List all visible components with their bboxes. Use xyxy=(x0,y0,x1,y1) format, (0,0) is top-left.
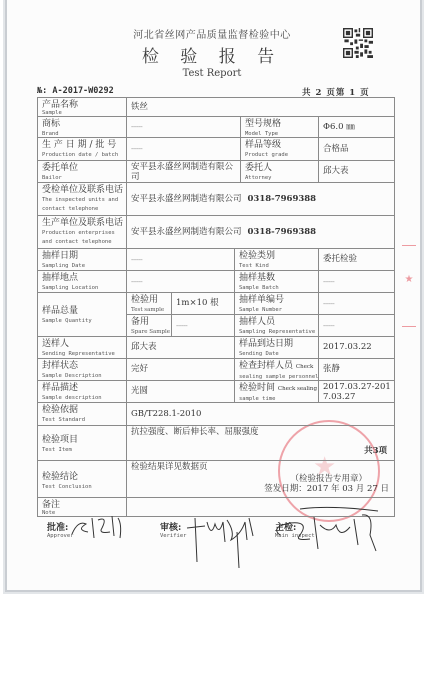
value-sample-description: 光圆 xyxy=(127,381,235,403)
label-attorney: 委托人 Attorney xyxy=(241,161,319,183)
production-enterprise-phone: 0318-7969388 xyxy=(248,227,317,238)
value-model-type: Φ6.0 ㎜ xyxy=(319,117,395,138)
value-test-kind: 委托检验 xyxy=(319,249,395,271)
label-sample: 产品名称 Sample xyxy=(38,98,127,117)
label-test-item: 检验项目 Test Item xyxy=(38,426,127,461)
issue-date: 签发日期：2017 年 03 月 27 日 xyxy=(264,484,389,495)
value-test-item: 抗拉强度、断后伸长率、屈服强度 共3项 xyxy=(127,426,395,461)
value-sending-rep: 邱大表 xyxy=(127,337,235,359)
label-seal-state: 封样状态 Sample Description xyxy=(38,359,127,381)
label-production-date: 生 产 日 期 / 批 号 Production date / batch xyxy=(38,138,127,161)
value-spare-sample: ------ xyxy=(172,315,235,337)
label-sample-number: 抽样单编号 Sample Number xyxy=(235,293,319,315)
label-brand: 商标 Brand xyxy=(38,117,127,138)
qr-code-icon xyxy=(343,28,373,58)
label-test-standard: 检验依据 Test Standard xyxy=(38,403,127,426)
value-sending-date: 2017.03.22 xyxy=(319,337,395,359)
label-sample-batch: 抽样基数 Sample Batch xyxy=(235,271,319,293)
edge-seal-fragment: ★ xyxy=(402,245,416,327)
label-sampling-location: 抽样地点 Sampling Location xyxy=(38,271,127,293)
label-product-grade: 样品等级 Product grade xyxy=(241,138,319,161)
value-seal-personnel: 张静 xyxy=(319,359,395,381)
value-sampling-date: ------ xyxy=(127,249,235,271)
value-brand: ------ xyxy=(127,117,241,138)
value-test-time: 2017.03.27-201 7.03.27 xyxy=(319,381,395,403)
value-test-conclusion: 检验结果详见数据页 （检验报告专用章） 签发日期：2017 年 03 月 27 … xyxy=(127,461,395,498)
verifier-signature xyxy=(185,512,260,572)
label-production-enterprise: 生产单位及联系电话 Production enterprises and con… xyxy=(38,216,127,249)
label-sampling-date: 抽样日期 Sampling Date xyxy=(38,249,127,271)
label-test-conclusion: 检验结论 Test Conclusion xyxy=(38,461,127,498)
value-test-sample: 1m×10 根 xyxy=(172,293,235,315)
label-model-type: 型号规格 Model Type xyxy=(241,117,319,138)
report-subtitle: Test Report xyxy=(0,68,424,79)
value-sampling-rep: ------ xyxy=(319,315,395,337)
value-seal-state: 完好 xyxy=(127,359,235,381)
value-test-standard: GB/T228.1-2010 xyxy=(127,403,395,426)
value-inspected-unit: 安平县永盛丝网制造有限公司 0318-7969388 xyxy=(127,183,395,216)
label-sending-date: 样品到达日期 Sending Date xyxy=(235,337,319,359)
label-inspected-unit: 受检单位及联系电话 The inspected units and contac… xyxy=(38,183,127,216)
value-sample-batch: ------ xyxy=(319,271,395,293)
report-number: №: A-2017-W0292 xyxy=(37,86,114,96)
value-production-date: ------ xyxy=(127,138,241,161)
value-sampling-location: ------ xyxy=(127,271,235,293)
report-table: 产品名称 Sample 铁丝 商标 Brand ------ 型号规格 Mode… xyxy=(37,97,395,517)
verifier-block: 审核: Verifier xyxy=(160,520,187,539)
value-product-grade: 合格品 xyxy=(319,138,395,161)
value-attorney: 邱大表 xyxy=(319,161,395,183)
label-test-sample: 检验用 Test sample xyxy=(127,293,172,315)
test-item-count: 共3项 xyxy=(364,446,387,457)
edge-seal-star-icon: ★ xyxy=(402,274,416,285)
label-spare-sample: 备用 Spare Sample xyxy=(127,315,172,337)
label-test-kind: 检验类别 Test Kind xyxy=(235,249,319,271)
label-test-time: 检验时间 Check sealing sample time xyxy=(235,381,319,403)
main-inspect-signature xyxy=(270,505,380,555)
label-sending-rep: 送样人 Sending Representative xyxy=(38,337,127,359)
label-seal-personnel: 检查封样人员 Check sealing sample personnel xyxy=(235,359,319,381)
value-sample: 铁丝 xyxy=(127,98,395,117)
label-sampling-rep: 抽样人员 Sampling Representative xyxy=(235,315,319,337)
approver-signature xyxy=(68,512,128,542)
value-bailor: 安平县永盛丝网制造有限公司 xyxy=(127,161,241,183)
label-bailor: 委托单位 Bailor xyxy=(38,161,127,183)
value-sample-number: ------ xyxy=(319,293,395,315)
label-sample-quantity: 样品总量 Sample Quantity xyxy=(38,293,127,337)
inspected-unit-phone: 0318-7969388 xyxy=(248,194,317,205)
label-sample-description: 样品描述 Sample description xyxy=(38,381,127,403)
value-production-enterprise: 安平县永盛丝网制造有限公司 0318-7969388 xyxy=(127,216,395,249)
